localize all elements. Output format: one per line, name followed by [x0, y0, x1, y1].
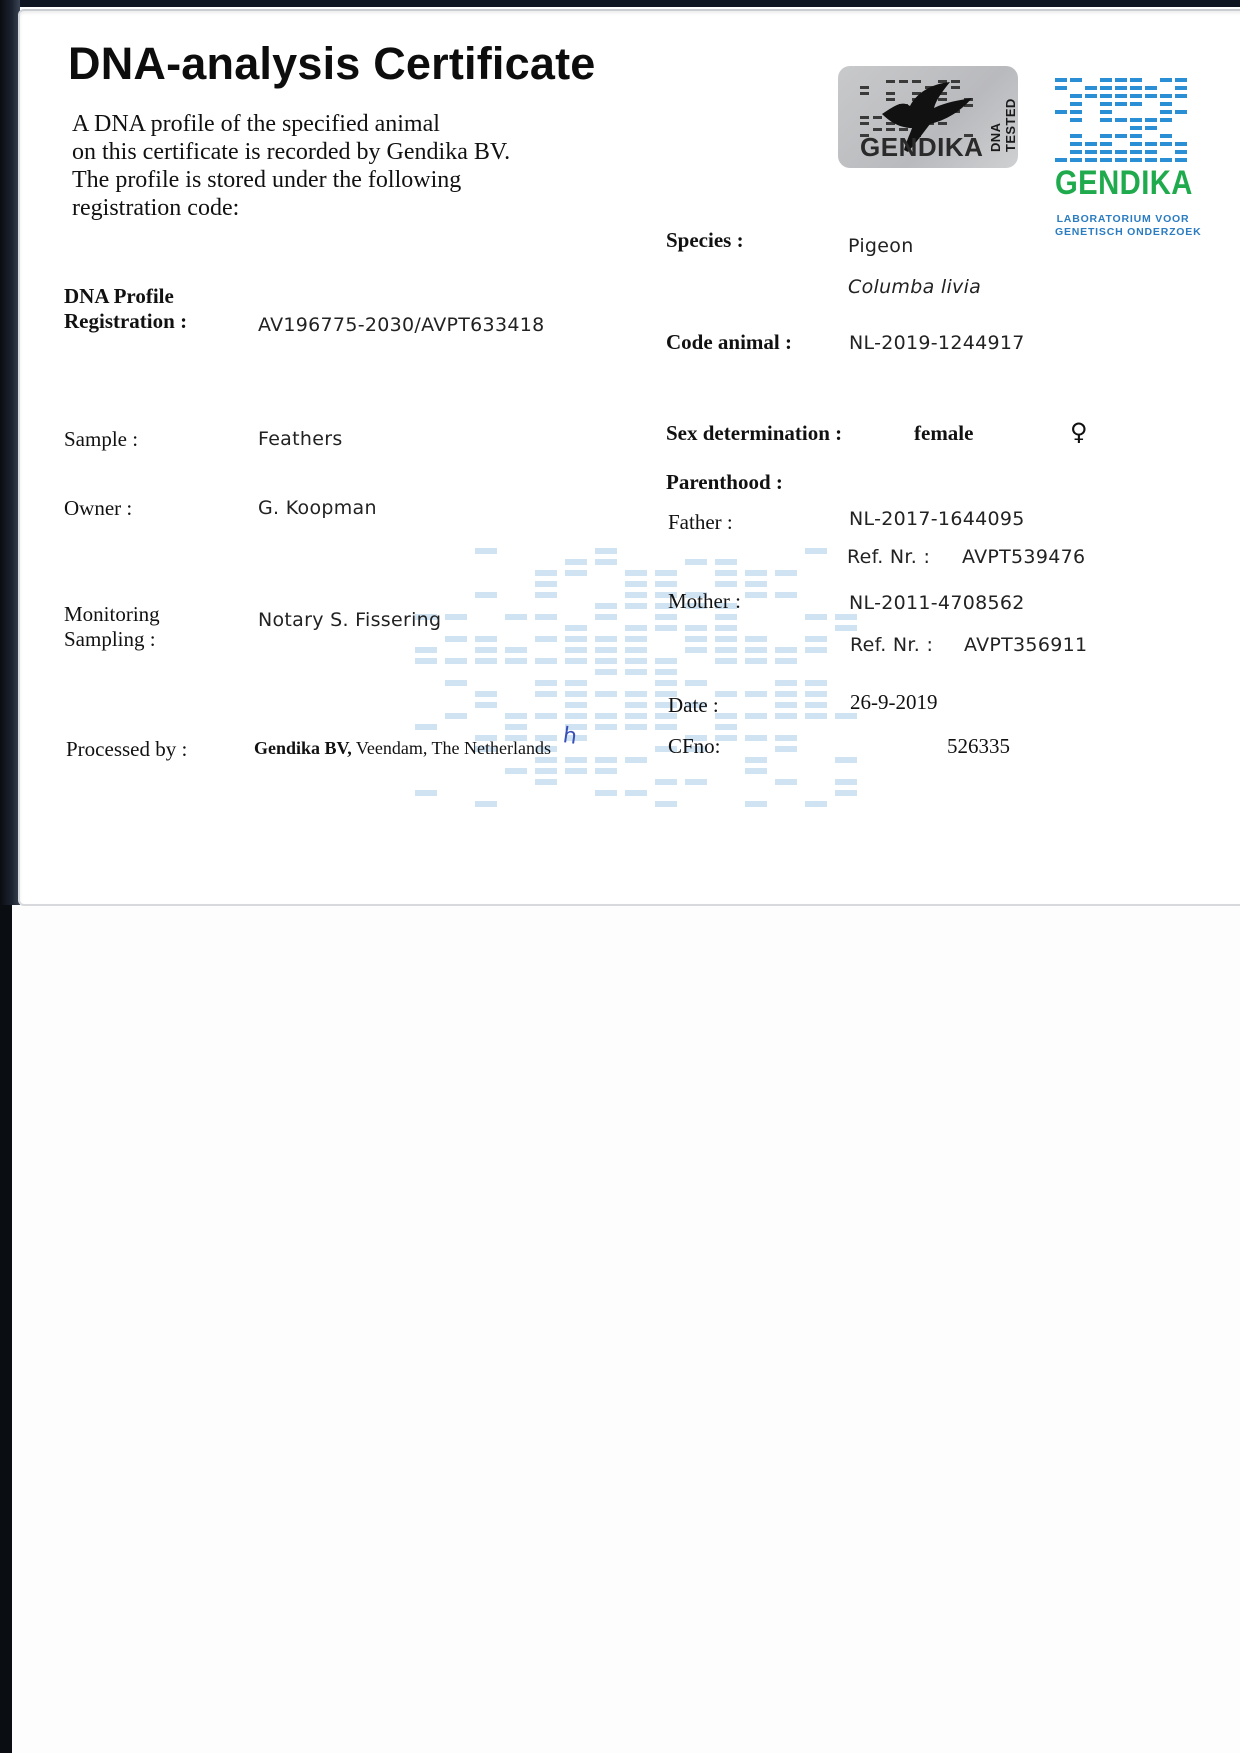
registration-label-line: DNA Profile: [64, 284, 187, 309]
species-label: Species :: [666, 228, 744, 253]
monitoring-label-line: Sampling :: [64, 627, 160, 652]
owner-label: Owner :: [64, 496, 132, 521]
page-title: DNA-analysis Certificate: [68, 38, 596, 90]
monitoring-label-line: Monitoring: [64, 602, 160, 627]
intro-line: registration code:: [72, 194, 592, 222]
date-label: Date :: [668, 693, 719, 718]
cfno-label: CFno:: [668, 734, 721, 759]
dna-watermark-icon: [415, 548, 875, 818]
processed-by-company: Gendika BV,: [254, 738, 352, 758]
father-label: Father :: [668, 510, 733, 535]
brand-name: GENDIKA: [1055, 164, 1193, 203]
sample-label: Sample :: [64, 427, 138, 452]
father-ref-label: Ref. Nr. :: [847, 546, 930, 568]
processed-by-label: Processed by :: [66, 737, 187, 762]
female-symbol-icon: ♀: [1070, 418, 1088, 446]
date-value: 26-9-2019: [850, 690, 938, 715]
parenthood-label: Parenthood :: [666, 470, 783, 495]
dna-tested-seal: GENDIKA DNA TESTED: [838, 66, 1018, 168]
monitoring-value: Notary S. Fissering: [258, 609, 441, 631]
intro-line: The profile is stored under the followin…: [72, 166, 592, 194]
sex-label: Sex determination :: [666, 421, 842, 446]
blank-page-area: [12, 905, 1240, 1753]
intro-line: A DNA profile of the specified animal: [72, 110, 592, 138]
seal-brand: GENDIKA: [860, 132, 983, 163]
registration-label-line: Registration :: [64, 309, 187, 334]
sex-value: female: [914, 421, 973, 446]
owner-value: G. Koopman: [258, 497, 377, 519]
processed-by-location: Veendam, The Netherlands: [352, 738, 551, 758]
mother-code: NL-2011-4708562: [849, 592, 1025, 614]
mother-ref-label: Ref. Nr. :: [850, 634, 933, 656]
brand-subtitle-line: LABORATORIUM VOOR: [1055, 213, 1191, 226]
scanner-border-left-upper: [0, 0, 20, 905]
species-common: Pigeon: [848, 235, 914, 257]
code-animal-label: Code animal :: [666, 330, 792, 355]
registration-label: DNA Profile Registration :: [64, 284, 187, 334]
intro-line: on this certificate is recorded by Gendi…: [72, 138, 592, 166]
cfno-value: 526335: [947, 734, 1010, 759]
species-scientific: Columba livia: [848, 276, 981, 298]
dna-g-logo-icon: [1055, 78, 1191, 164]
intro-text: A DNA profile of the specified animal on…: [72, 110, 592, 222]
monitoring-label: Monitoring Sampling :: [64, 602, 160, 652]
code-animal-value: NL-2019-1244917: [849, 332, 1025, 354]
seal-badge-text: DNA TESTED: [988, 98, 1018, 152]
brand-subtitle-line: GENETISCH ONDERZOEK: [1055, 226, 1191, 239]
father-ref-value: AVPT539476: [962, 546, 1085, 568]
sample-value: Feathers: [258, 428, 343, 450]
father-code: NL-2017-1644095: [849, 508, 1025, 530]
mother-label: Mother :: [668, 589, 741, 614]
mother-ref-value: AVPT356911: [964, 634, 1087, 656]
registration-value: AV196775-2030/AVPT633418: [258, 314, 545, 336]
processed-by-value: Gendika BV, Veendam, The Netherlands: [254, 738, 551, 759]
scanner-border-top: [0, 0, 1240, 7]
brand-subtitle: LABORATORIUM VOOR GENETISCH ONDERZOEK: [1055, 213, 1191, 239]
